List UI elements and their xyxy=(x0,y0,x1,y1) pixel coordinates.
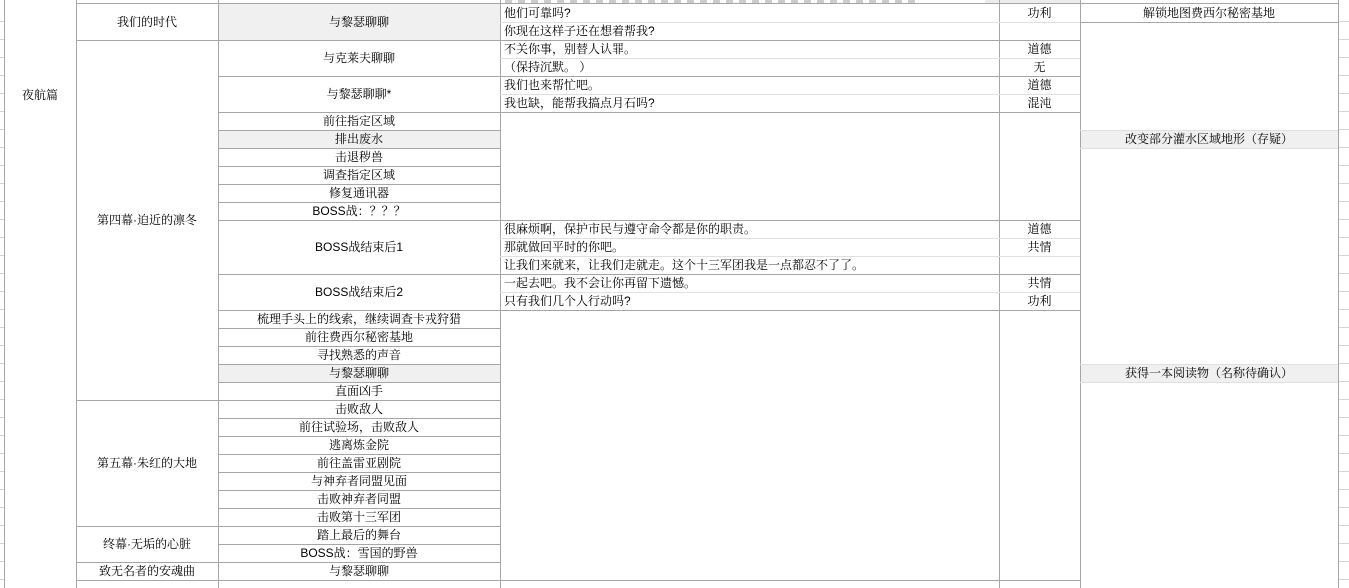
alignment-tag-cell[interactable]: 道德 xyxy=(999,76,1080,94)
dialogue-cell[interactable]: 那就做回平时的你吧。 xyxy=(500,238,999,256)
alignment-tag-cell[interactable]: 道德 xyxy=(999,220,1080,238)
task-cell[interactable]: 梳理手头上的线索，继续调查卡戎狩猎 xyxy=(218,310,500,328)
task-cell[interactable]: 与神弃者同盟见面 xyxy=(218,472,500,490)
task-cell[interactable]: 击退秽兽 xyxy=(218,148,500,166)
chapter-cell[interactable]: 致无名者的安魂曲 xyxy=(76,562,218,580)
right-column-edge xyxy=(1339,0,1349,588)
task-cell[interactable]: 击败神弃者同盟 xyxy=(218,490,500,508)
chapter-cell[interactable]: 第四幕·迫近的凛冬 xyxy=(76,40,218,400)
dialogue-cell[interactable]: 我们也来帮忙吧。 xyxy=(500,76,999,94)
grid-line-horizontal xyxy=(1080,130,1338,131)
grid-line-horizontal xyxy=(1080,364,1338,365)
grid-line-horizontal xyxy=(218,76,1080,77)
alignment-tag-cell[interactable]: 共情 xyxy=(999,238,1080,256)
dialogue-cell[interactable]: （保持沉默。 ） xyxy=(500,58,999,76)
grid-line-horizontal xyxy=(76,3,1338,4)
task-cell[interactable]: 与黎瑟聊聊 xyxy=(218,562,500,580)
reward-cell[interactable]: 解锁地图费西尔秘密基地 xyxy=(1080,4,1338,22)
task-cell[interactable]: 逃离炼金院 xyxy=(218,436,500,454)
grid-line-horizontal xyxy=(218,148,500,149)
grid-line-horizontal xyxy=(218,364,500,365)
task-cell[interactable]: 与黎瑟聊聊 xyxy=(218,364,500,382)
grid-line-horizontal xyxy=(218,166,500,167)
grid-line-horizontal xyxy=(218,508,500,509)
grid-line-horizontal xyxy=(500,238,1080,239)
grid-line-horizontal xyxy=(500,256,1080,257)
dialogue-cell[interactable]: 你现在这样子还在想着帮我? xyxy=(500,22,999,40)
task-cell[interactable]: 修复通讯器 xyxy=(218,184,500,202)
grid-line-horizontal xyxy=(1080,22,1338,23)
grid-line-horizontal xyxy=(1080,382,1338,383)
grid-line-vertical xyxy=(1080,0,1081,588)
chapter-cell[interactable]: 终幕·无垢的心脏 xyxy=(76,526,218,562)
grid-line-horizontal xyxy=(76,580,1080,581)
task-cell[interactable]: BOSS战：？？？ xyxy=(218,202,500,220)
task-cell[interactable]: 踏上最后的舞台 xyxy=(218,526,500,544)
grid-line-horizontal xyxy=(76,562,500,563)
reward-cell[interactable]: 改变部分灌水区域地形（存疑） xyxy=(1080,130,1338,148)
alignment-tag-cell[interactable]: 功利 xyxy=(999,4,1080,22)
alignment-tag-cell[interactable]: 共情 xyxy=(999,274,1080,292)
grid-line-horizontal xyxy=(218,436,500,437)
chapter-cell[interactable]: 我们的时代 xyxy=(76,4,218,40)
grid-line-horizontal xyxy=(218,382,500,383)
grid-line-horizontal xyxy=(500,292,1080,293)
spreadsheet: 夜航篇 我们的时代 第四幕·迫近的凛冬 第五幕·朱红的大地 终幕·无垢的心脏 致… xyxy=(0,0,1349,588)
grid-line-horizontal xyxy=(218,328,500,329)
grid-line-horizontal xyxy=(218,544,500,545)
task-cell[interactable]: 击败敌人 xyxy=(218,400,500,418)
grid-line-horizontal xyxy=(218,310,1080,311)
grid-line-horizontal xyxy=(218,472,500,473)
grid-line-horizontal xyxy=(218,130,500,131)
dialogue-cell[interactable]: 让我们来就来，让我们走就走。这个十三军团我是一点都忍不了了。 xyxy=(500,256,999,274)
grid-line-vertical xyxy=(76,0,77,588)
grid-line-horizontal xyxy=(76,40,1080,41)
grid-line-horizontal xyxy=(500,58,1080,59)
task-cell[interactable]: 击败第十三军团 xyxy=(218,508,500,526)
grid-line-vertical xyxy=(500,0,501,588)
alignment-tag-cell[interactable]: 功利 xyxy=(999,292,1080,310)
dialogue-cell[interactable]: 一起去吧。我不会让你再留下遗憾。 xyxy=(500,274,999,292)
campaign-cell[interactable]: 夜航篇 xyxy=(4,86,76,104)
grid-line-horizontal xyxy=(218,454,500,455)
task-cell[interactable]: 前往费西尔秘密基地 xyxy=(218,328,500,346)
task-cell[interactable]: 与黎瑟聊聊 xyxy=(218,4,500,40)
task-cell[interactable]: 前往盖雷亚剧院 xyxy=(218,454,500,472)
grid-line-horizontal xyxy=(218,490,500,491)
grid-line-horizontal xyxy=(218,184,500,185)
grid-line-horizontal xyxy=(76,400,500,401)
grid-line-horizontal xyxy=(218,346,500,347)
task-cell[interactable]: 前往指定区域 xyxy=(218,112,500,130)
chapter-cell[interactable]: 第五幕·朱红的大地 xyxy=(76,400,218,526)
alignment-tag-cell[interactable]: 道德 xyxy=(999,40,1080,58)
task-cell[interactable]: BOSS战：雪国的野兽 xyxy=(218,544,500,562)
alignment-tag-cell[interactable]: 混沌 xyxy=(999,94,1080,112)
task-cell[interactable]: 寻找熟悉的声音 xyxy=(218,346,500,364)
grid-line-horizontal xyxy=(76,526,500,527)
dialogue-cell[interactable]: 我也缺，能帮我搞点月石吗? xyxy=(500,94,999,112)
grid-line-vertical xyxy=(4,0,5,588)
task-cell[interactable]: 与克莱夫聊聊 xyxy=(218,40,500,76)
task-cell[interactable]: BOSS战结束后2 xyxy=(218,274,500,310)
grid-line-vertical xyxy=(218,0,219,588)
task-cell[interactable]: 调查指定区域 xyxy=(218,166,500,184)
task-cell[interactable]: 前往试验场，击败敌人 xyxy=(218,418,500,436)
dialogue-cell[interactable]: 很麻烦啊，保护市民与遵守命令都是你的职责。 xyxy=(500,220,999,238)
grid-line-horizontal xyxy=(500,22,1080,23)
task-cell[interactable]: BOSS战结束后1 xyxy=(218,220,500,274)
dialogue-cell[interactable]: 他们可靠吗? xyxy=(500,4,999,22)
grid-line-vertical xyxy=(999,0,1000,588)
task-cell[interactable]: 排出废水 xyxy=(218,130,500,148)
task-cell[interactable]: 与黎瑟聊聊* xyxy=(218,76,500,112)
grid-line-vertical xyxy=(1338,0,1339,588)
grid-line-horizontal xyxy=(218,274,1080,275)
grid-line-horizontal xyxy=(1080,148,1338,149)
task-cell[interactable]: 直面凶手 xyxy=(218,382,500,400)
grid-line-horizontal xyxy=(218,418,500,419)
grid-line-horizontal xyxy=(218,112,1080,113)
alignment-tag-cell[interactable]: 无 xyxy=(999,58,1080,76)
dialogue-cell[interactable]: 只有我们几个人行动吗? xyxy=(500,292,999,310)
grid-line-horizontal xyxy=(500,94,1080,95)
dialogue-cell[interactable]: 不关你事，别替人认罪。 xyxy=(500,40,999,58)
grid-line-horizontal xyxy=(218,220,1080,221)
reward-cell[interactable]: 获得一本阅读物（名称待确认） xyxy=(1080,364,1338,382)
grid-line-horizontal xyxy=(218,202,500,203)
